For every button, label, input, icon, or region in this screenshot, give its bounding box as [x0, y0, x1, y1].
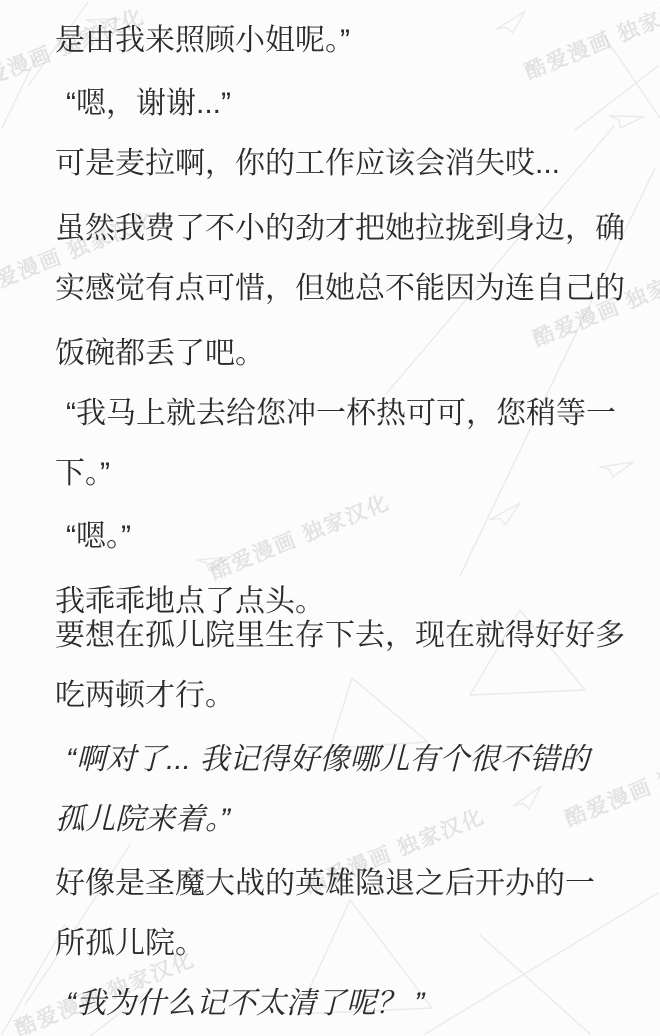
novel-text: 是由我来照顾小姐呢。”“嗯，谢谢...”可是麦拉啊，你的工作应该会消失哎...虽… — [0, 0, 660, 1036]
text-line: 下。” — [55, 457, 110, 491]
text-line: 饭碗都丢了吧。 — [55, 337, 265, 371]
novel-page: 酷爱漫画 独家汉化 酷爱漫画 独家汉化 酷爱漫画 独家汉化 酷爱漫画 独家汉化 … — [0, 0, 660, 1036]
text-line: “我为什么记不太清了呢？ ” — [66, 987, 424, 1021]
text-line: “嗯。” — [66, 520, 131, 554]
text-line: “啊对了... 我记得好像哪儿有个很不错的 — [66, 743, 589, 777]
text-line: 要想在孤儿院里生存下去，现在就得好好多 — [55, 619, 625, 653]
text-line: 吃两顿才行。 — [55, 679, 235, 713]
text-line: 虽然我费了不小的劲才把她拉拢到身边，确 — [55, 212, 625, 246]
text-line: 实感觉有点可惜，但她总不能因为连自己的 — [55, 272, 625, 306]
text-line: 可是麦拉啊，你的工作应该会消失哎... — [55, 147, 560, 181]
text-line: 是由我来照顾小姐呢。” — [55, 24, 350, 58]
text-line: 好像是圣魔大战的英雄隐退之后开办的一 — [55, 867, 595, 901]
text-line: 我乖乖地点了点头。 — [55, 585, 325, 619]
text-line: 孤儿院来着。” — [55, 803, 230, 837]
text-line: “我马上就去给您冲一杯热可可，您稍等一 — [66, 397, 616, 431]
text-line: 所孤儿院。 — [55, 927, 205, 961]
text-line: “嗯，谢谢...” — [66, 87, 231, 121]
